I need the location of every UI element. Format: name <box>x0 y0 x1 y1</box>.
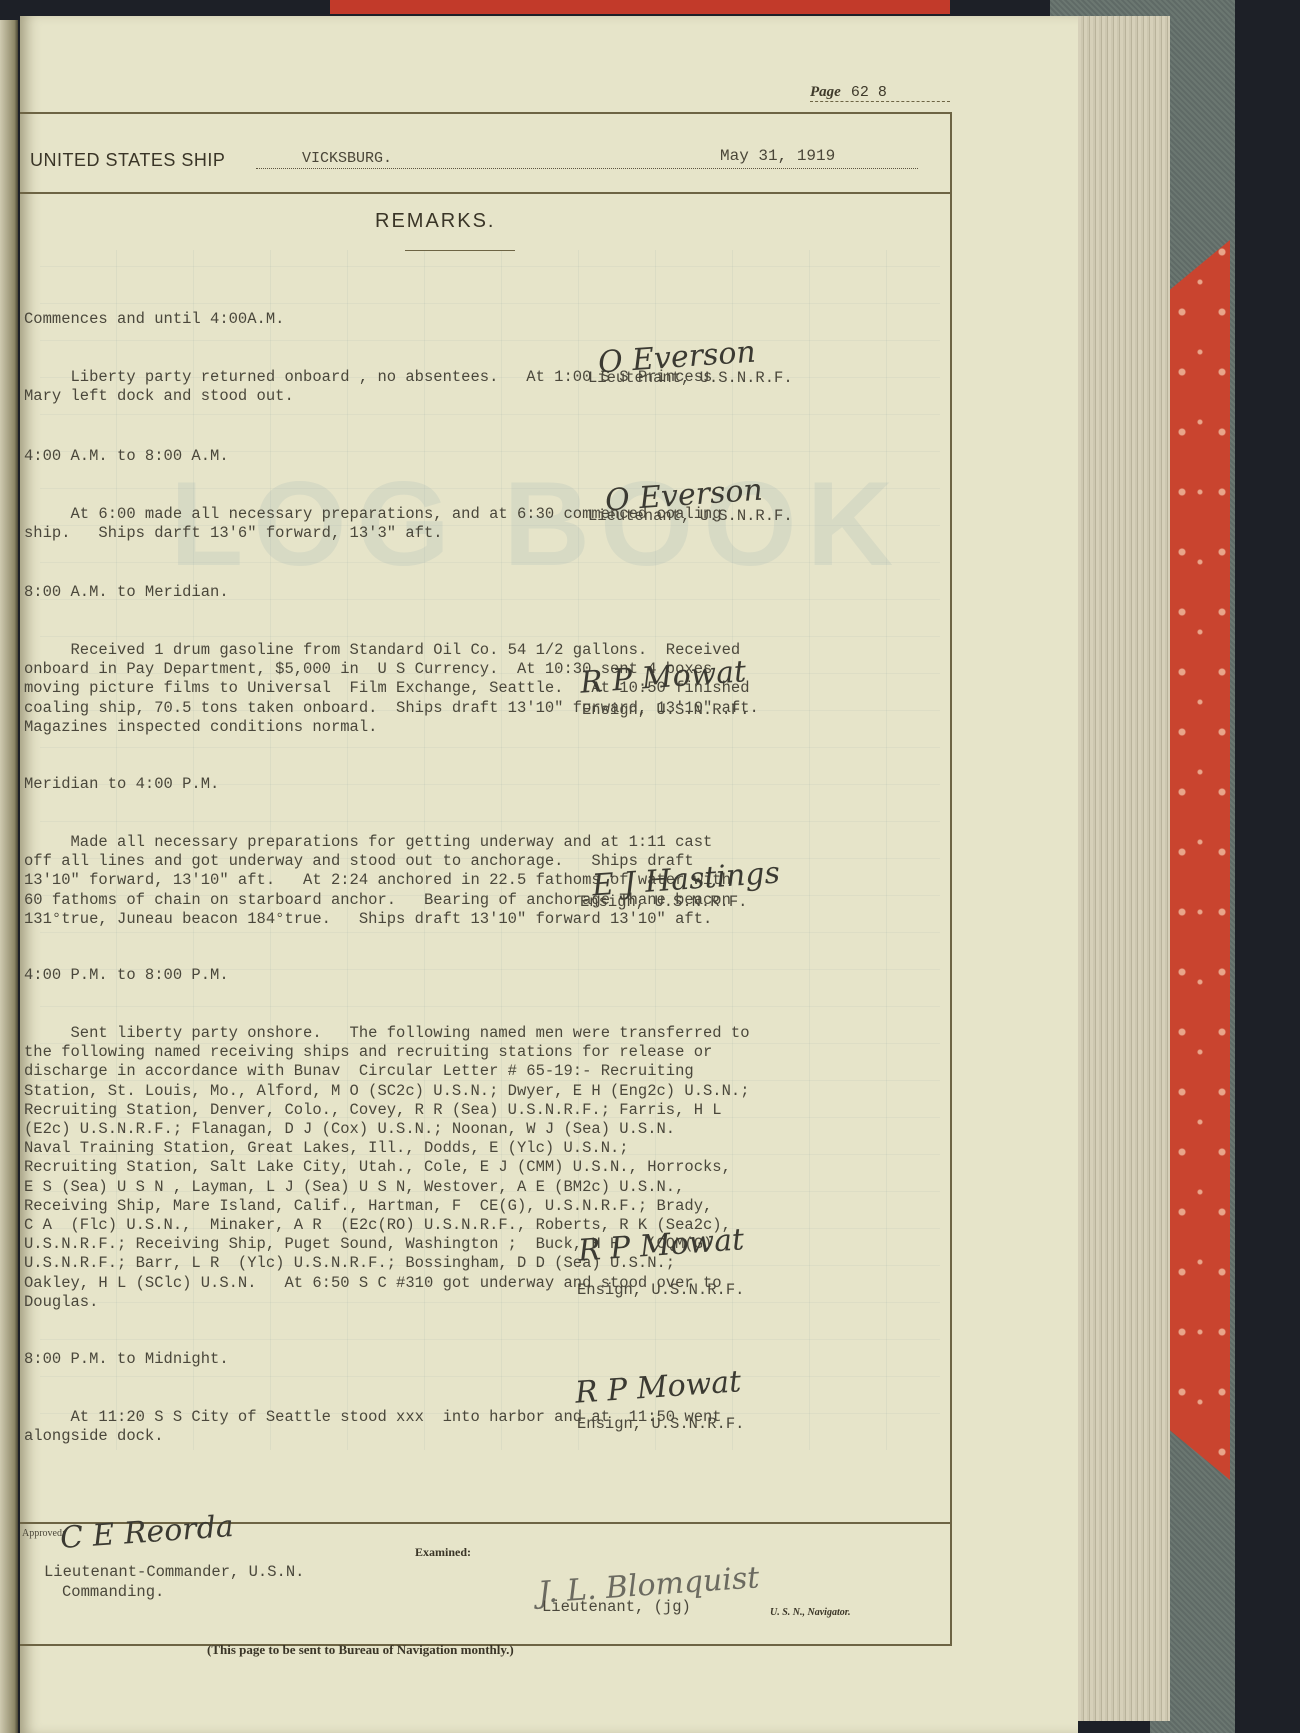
approved-role: Commanding. <box>62 1583 164 1601</box>
watch-entry: Commences and until 4:00A.M. Liberty par… <box>24 272 944 426</box>
watch-entry: 8:00 P.M. to Midnight. At 11:20 S S City… <box>24 1312 944 1466</box>
watch-period: Commences and until 4:00A.M. <box>24 310 944 329</box>
signature-title: Lieutenant, U.S.N.R.F. <box>588 507 793 525</box>
watch-text: Liberty party returned onboard , no abse… <box>24 368 944 406</box>
watch-entry: 4:00 P.M. to 8:00 P.M. Sent liberty part… <box>24 928 944 1331</box>
marbled-endpaper <box>1170 240 1230 1480</box>
left-page-edge <box>0 20 18 1733</box>
watch-entry: Meridian to 4:00 P.M. Made all necessary… <box>24 737 944 948</box>
log-date: May 31, 1919 <box>720 147 835 165</box>
header-rule <box>20 192 950 194</box>
watch-entry: 8:00 A.M. to Meridian. Received 1 drum g… <box>24 545 944 756</box>
footer-note: (This page to be sent to Bureau of Navig… <box>207 1642 514 1658</box>
watch-period: Meridian to 4:00 P.M. <box>24 775 944 794</box>
signature-title: Ensign, U.S.N.R.F. <box>577 1415 744 1433</box>
watch-period: 4:00 P.M. to 8:00 P.M. <box>24 966 944 985</box>
watch-text: At 11:20 S S City of Seattle stood xxx i… <box>24 1408 944 1446</box>
page-number-value: 62 8 <box>851 84 887 101</box>
watch-period: 4:00 A.M. to 8:00 A.M. <box>24 447 944 466</box>
section-title: REMARKS. <box>375 210 495 233</box>
marbled-endpaper-top <box>330 0 950 14</box>
approved-label: Approved: <box>22 1528 65 1539</box>
ship-label: UNITED STATES SHIP <box>30 150 225 171</box>
signature-title: Ensign, U.S.N.R.F. <box>580 893 747 911</box>
watch-text: Received 1 drum gasoline from Standard O… <box>24 641 944 737</box>
watch-text: At 6:00 made all necessary preparations,… <box>24 505 944 543</box>
title-underline <box>405 250 515 251</box>
signature-title: Lieutenant, U.S.N.R.F. <box>588 369 793 387</box>
watch-period: 8:00 A.M. to Meridian. <box>24 583 944 602</box>
signature-title: Ensign, U.S.N.R.F. <box>582 701 749 719</box>
page-number: Page62 8 <box>810 84 950 102</box>
navigator-label: U. S. N., Navigator. <box>770 1607 851 1618</box>
watch-text: Sent liberty party onshore. The followin… <box>24 1024 944 1312</box>
watch-text: Made all necessary preparations for gett… <box>24 833 944 929</box>
dotted-line <box>256 168 918 169</box>
page-edges <box>1075 16 1170 1721</box>
ship-header: UNITED STATES SHIP VICKSBURG. May 31, 19… <box>30 150 950 178</box>
dark-background <box>1235 0 1300 1733</box>
examined-title: Lieutenant, (jg) <box>542 1598 691 1616</box>
signature-title: Ensign, U.S.N.R.F. <box>577 1281 744 1299</box>
examined-label: Examined: <box>415 1545 471 1560</box>
approved-title: Lieutenant-Commander, U.S.N. <box>44 1563 304 1581</box>
page-number-label: Page <box>810 84 841 100</box>
watch-entry: 4:00 A.M. to 8:00 A.M. At 6:00 made all … <box>24 409 944 563</box>
watch-period: 8:00 P.M. to Midnight. <box>24 1350 944 1369</box>
ship-name: VICKSBURG. <box>302 150 392 167</box>
